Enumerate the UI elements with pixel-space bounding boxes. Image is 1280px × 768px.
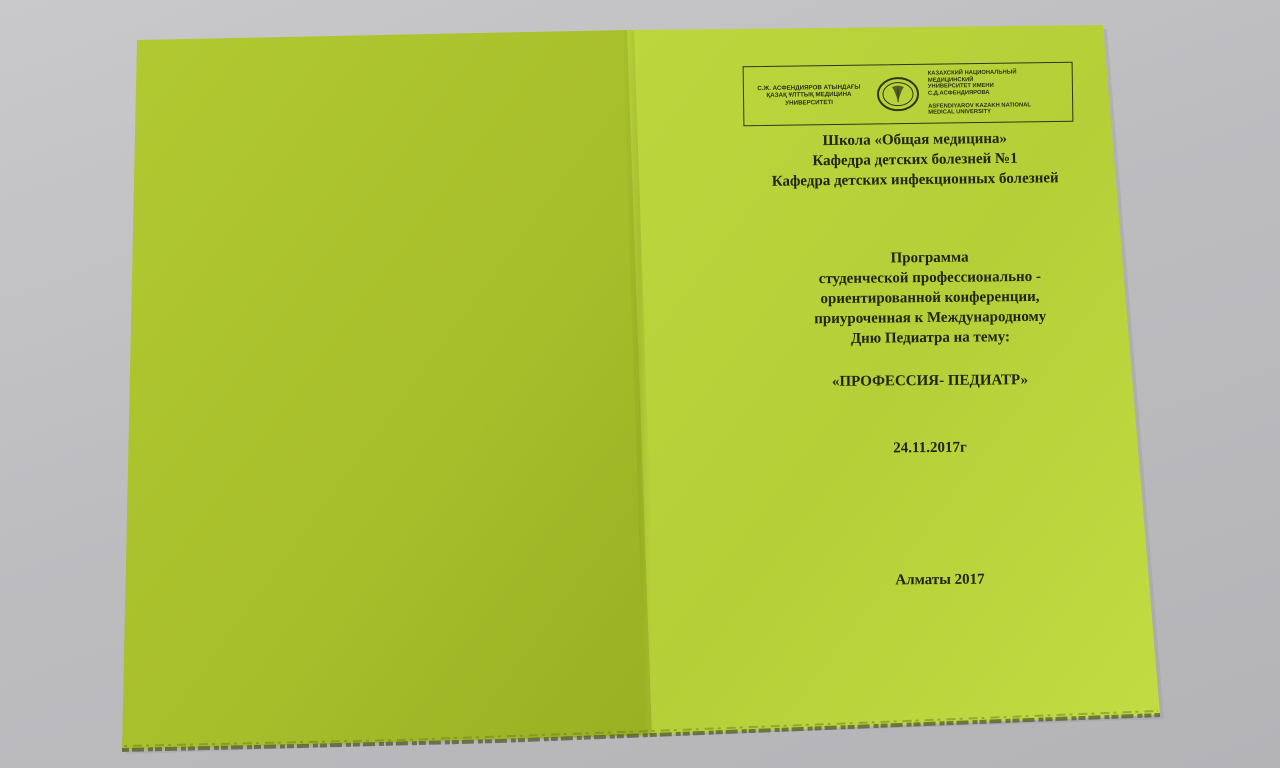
program-line: Дню Педиатра на тему: (760, 326, 1100, 350)
university-logo-box: С.Ж. АСФЕНДИЯРОВ АТЫНДАҒЫ ҚАЗАҚ ҰЛТТЫҚ М… (743, 62, 1074, 127)
conference-theme: «ПРОФЕССИЯ- ПЕДИАТР» (800, 372, 1060, 391)
logo-en-line: MEDICAL UNIVERSITY (928, 108, 1072, 117)
logo-kazakh-name: С.Ж. АСФЕНДИЯРОВ АТЫНДАҒЫ ҚАЗАҚ ҰЛТТЫҚ М… (744, 84, 870, 107)
logo-english-name: ASFENDIYAROV KAZAKH NATIONAL MEDICAL UNI… (928, 101, 1072, 116)
program-title-block: Программа студенческой профессионально -… (759, 246, 1100, 350)
left-panel (122, 30, 652, 750)
conference-date: 24.11.2017г (860, 439, 1000, 457)
photo-scene: С.Ж. АСФЕНДИЯРОВ АТЫНДАҒЫ ҚАЗАҚ ҰЛТТЫҚ М… (0, 0, 1280, 768)
folded-brochure (0, 0, 1280, 768)
city-year: Алматы 2017 (860, 571, 1020, 589)
logo-ru-line: С.Д.АСФЕНДИЯРОВА (928, 89, 1072, 98)
header-block: Школа «Общая медицина» Кафедра детских б… (730, 128, 1101, 193)
logo-russian-english-name: КАЗАХСКИЙ НАЦИОНАЛЬНЫЙ МЕДИЦИНСКИЙ УНИВЕ… (928, 69, 1073, 117)
university-seal-icon (876, 76, 920, 113)
